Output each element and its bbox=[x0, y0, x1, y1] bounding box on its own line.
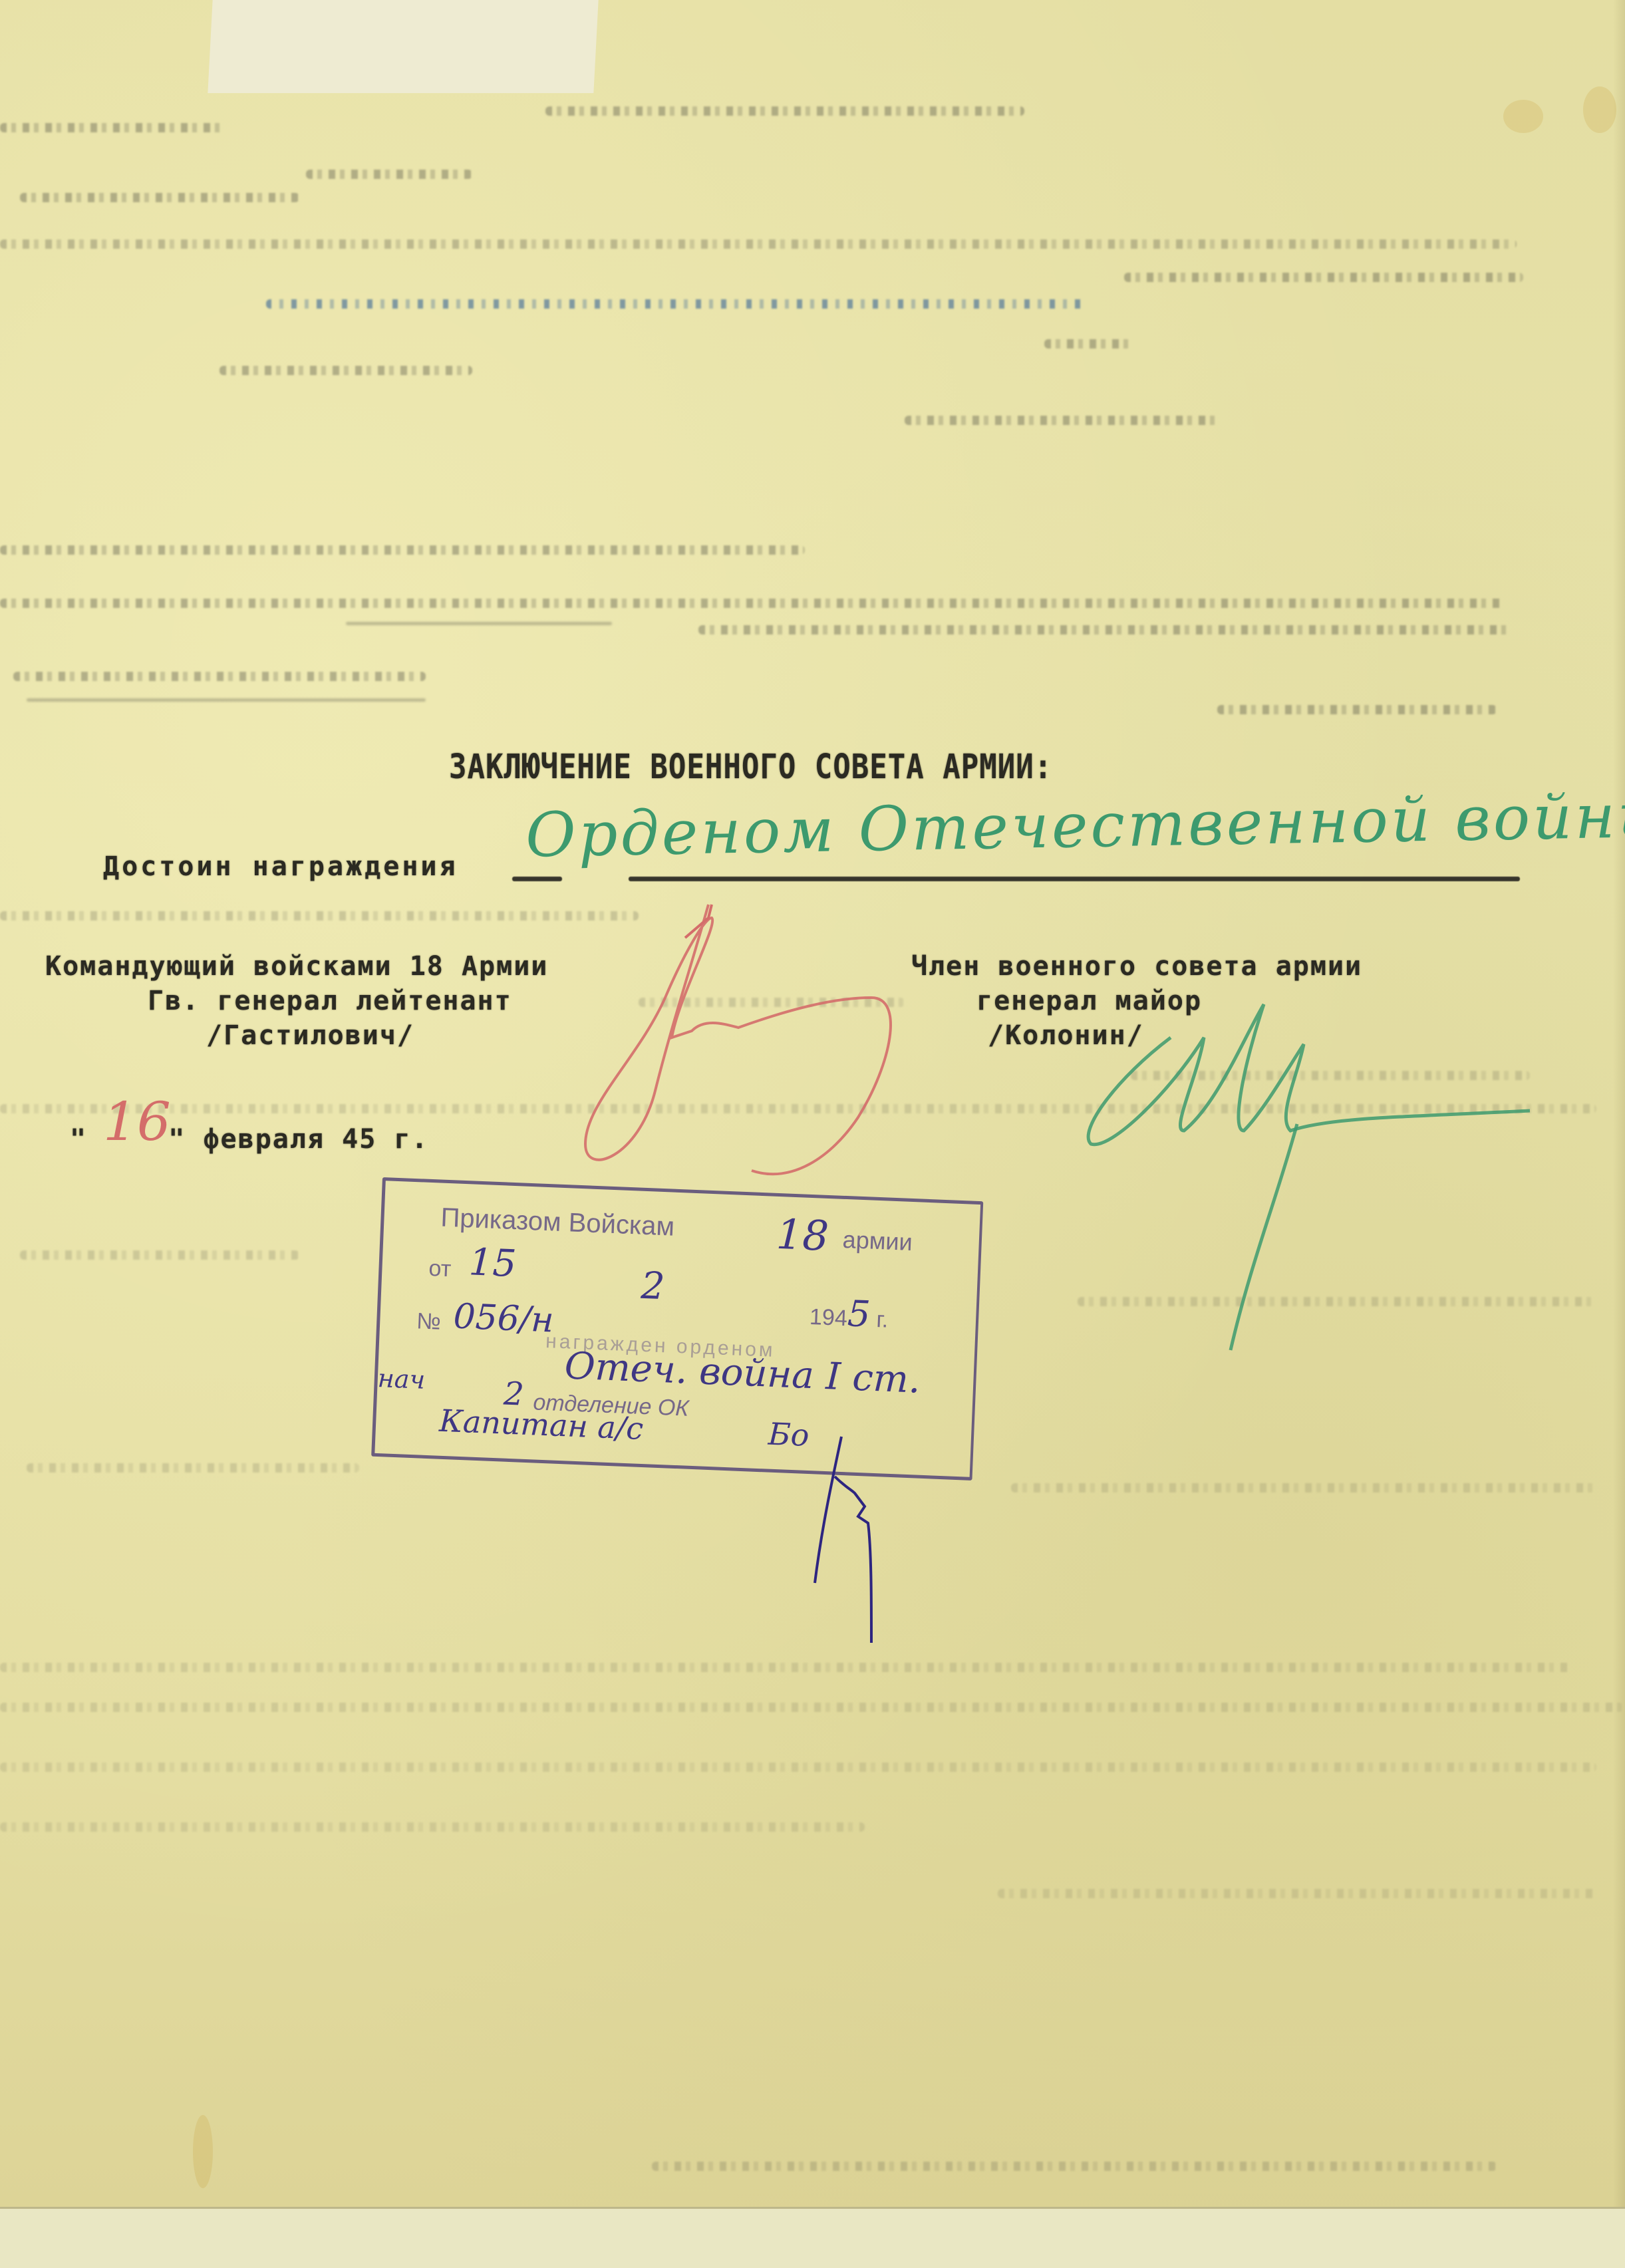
stamp-signature-tail bbox=[0, 0, 1625, 2268]
